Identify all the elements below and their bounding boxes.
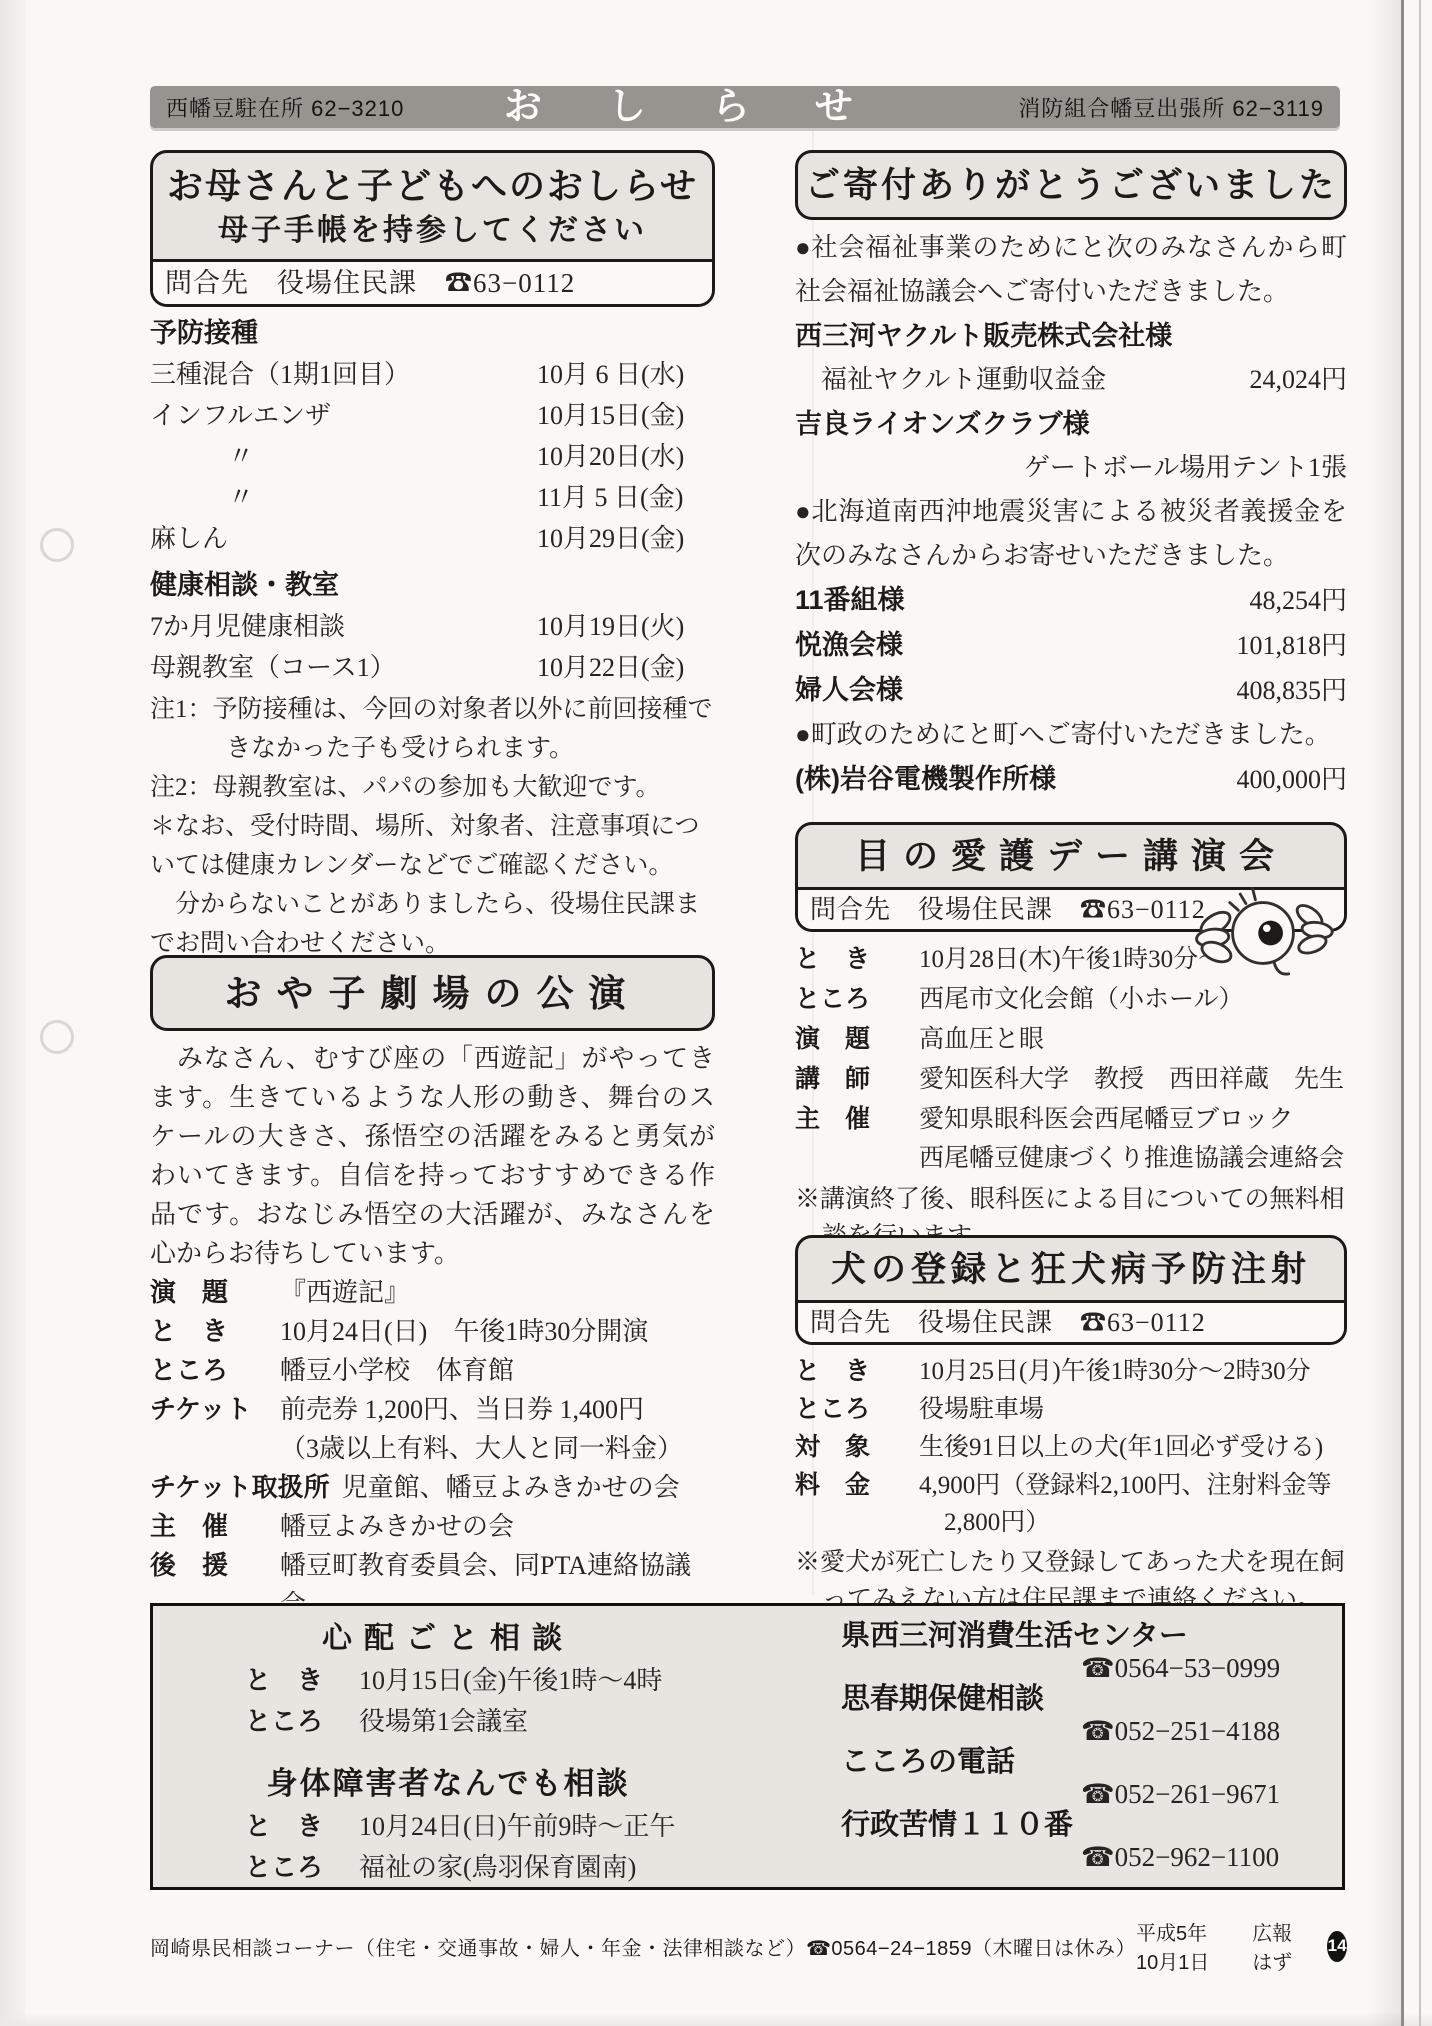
detail-row: ところ 役場第1会議室 — [183, 1701, 713, 1742]
contact-line: 問合先 役場住民課 ☎63−0112 — [153, 259, 712, 304]
phone-entry: 行政苦情１１０番 ☎052−962−1100 — [841, 1809, 1342, 1872]
detail-label: チケット — [150, 1390, 268, 1429]
donation-amount-row: (株)岩谷電機製作所様 400,000円 — [795, 757, 1347, 802]
schedule-name: 麻しん — [150, 518, 537, 559]
detail-label: と き — [795, 1353, 907, 1389]
consultation-box: 心配ごと相談 と き 10月15日(金)午後1時〜4時 ところ 役場第1会議室 … — [150, 1603, 1345, 1890]
punch-hole-mark — [40, 1020, 74, 1054]
eye-mascot-illustration — [1187, 876, 1339, 990]
consultation-box-right: 県西三河消費生活センター ☎0564−53−0999 思春期保健相談 ☎052−… — [713, 1606, 1342, 1887]
detail-row: 主 催 愛知県眼科医会西尾幡豆ブロック — [795, 1100, 1347, 1139]
detail-label: 後 援 — [150, 1546, 268, 1585]
donation-amount: 48,254円 — [1249, 579, 1347, 623]
donation-amount-row: 11番組様 48,254円 — [795, 578, 1347, 623]
schedule-name: 〃 — [150, 436, 537, 477]
donation-item: 福祉ヤクルト運動収益金 — [795, 358, 1106, 402]
detail-label: 主 催 — [150, 1507, 268, 1546]
section-donations: ご寄付ありがとうございました ●社会福祉事業のためにと次のみなさんから町社会福祉… — [795, 150, 1347, 802]
detail-value: 幡豆よみきかせの会 — [280, 1507, 715, 1546]
donor-name: (株)岩谷電機製作所様 — [795, 757, 1056, 801]
punch-hole-mark — [40, 528, 74, 562]
detail-label: ところ — [245, 1701, 349, 1741]
section-title: 目の愛護デー講演会 — [802, 834, 1340, 880]
detail-row: 講 師 愛知医科大学 教授 西田祥蔵 先生 — [795, 1060, 1347, 1099]
schedule-row: 母親教室（コース1） 10月22日(金) — [150, 647, 715, 688]
scan-edge-bottom — [0, 2012, 1432, 2026]
schedule-row: インフルエンザ 10月15日(金) — [150, 395, 715, 436]
phone-entry-name: 思春期保健相談 — [841, 1683, 1342, 1716]
detail-row: 対 象 生後91日以上の犬(年1回必ず受ける) — [795, 1429, 1347, 1466]
page-footer: 岡崎県民相談コーナー（住宅・交通事故・婦人・年金・法律相談など）☎0564−24… — [150, 1917, 1347, 1975]
donor-name: 婦人会様 — [795, 668, 903, 712]
phone-entry: 県西三河消費生活センター ☎0564−53−0999 — [841, 1620, 1342, 1683]
detail-label: と き — [150, 1312, 268, 1351]
theater-details: 演 題 『西遊記』 と き 10月24日(日) 午後1時30分開演 ところ 幡豆… — [150, 1273, 715, 1624]
note-line: 分からないことがありましたら、役場住民課までお問い合わせください。 — [150, 885, 715, 963]
binding-edge-line — [1401, 0, 1404, 2026]
donation-bullet: ●北海道南西沖地震災害による被災者義援金を次のみなさんからお寄せいただきました。 — [795, 490, 1347, 578]
phone-entry-number: ☎052−962−1100 — [841, 1842, 1342, 1872]
detail-row: 主 催 幡豆よみきかせの会 — [150, 1507, 715, 1546]
dog-title-box: 犬の登録と狂犬病予防注射 問合先 役場住民課 ☎63−0112 — [795, 1235, 1347, 1345]
note-line: 注2：母親教室は、パパの参加も大歓迎です。 — [150, 768, 715, 807]
detail-value: 10月15日(金)午後1時〜4時 — [359, 1661, 713, 1701]
detail-row: と き 10月25日(月)午後1時30分〜2時30分 — [795, 1353, 1347, 1390]
section-dog-registration: 犬の登録と狂犬病予防注射 問合先 役場住民課 ☎63−0112 と き 10月2… — [795, 1235, 1347, 1618]
donor-name: 吉良ライオンズクラブ様 — [795, 402, 1347, 446]
donation-amount: 24,024円 — [1249, 358, 1347, 402]
scan-edge-left — [0, 0, 26, 2026]
detail-label: ところ — [795, 980, 907, 1018]
donation-amount-row: 悦漁会様 101,818円 — [795, 623, 1347, 668]
schedule-date: 10月15日(金) — [537, 395, 715, 436]
schedule-name: 母親教室（コース1） — [150, 647, 537, 688]
detail-row: ところ 幡豆小学校 体育館 — [150, 1351, 715, 1390]
donation-amount: 101,818円 — [1236, 624, 1347, 668]
detail-value: 生後91日以上の犬(年1回必ず受ける) — [919, 1430, 1347, 1466]
detail-label: ところ — [245, 1847, 349, 1887]
newsletter-page: 西幡豆駐在所 62−3210 おしらせ 消防組合幡豆出張所 62−3119 お母… — [0, 0, 1432, 2026]
donation-amount: 400,000円 — [1236, 758, 1347, 802]
detail-value: 児童館、幡豆よみきかせの会 — [342, 1468, 715, 1507]
contact-line: 問合先 役場住民課 ☎63−0112 — [798, 1300, 1344, 1342]
theater-body-text: みなさん、むすび座の「西遊記」がやってきます。生きているような人形の動き、舞台の… — [150, 1039, 715, 1273]
section-title: お母さんと子どもへのおしらせ — [157, 162, 708, 210]
schedule-name: 7か月児健康相談 — [150, 606, 537, 647]
detail-label: 料 金 — [795, 1467, 907, 1503]
detail-value: 『西遊記』 — [280, 1273, 715, 1312]
schedule-name: 三種混合（1期1回目） — [150, 354, 537, 395]
phone-entry-name: 県西三河消費生活センター — [841, 1620, 1342, 1653]
detail-value: 4,900円（登録料2,100円、注射料金等 — [919, 1468, 1347, 1504]
schedule-row: 〃 11月 5 日(金) — [150, 477, 715, 518]
detail-label: と き — [245, 1660, 349, 1700]
consultation-box-left: 心配ごと相談 と き 10月15日(金)午後1時〜4時 ところ 役場第1会議室 … — [153, 1606, 713, 1887]
detail-label: と き — [795, 940, 907, 978]
donor-name: 西三河ヤクルト販売株式会社様 — [795, 314, 1347, 358]
section-title: 犬の登録と狂犬病予防注射 — [802, 1247, 1340, 1293]
detail-label: 対 象 — [795, 1429, 907, 1465]
schedule-row: 〃 10月20日(水) — [150, 436, 715, 477]
phone-entry-name: こころの電話 — [841, 1746, 1342, 1779]
detail-value: 役場駐車場 — [919, 1392, 1347, 1428]
dog-details: と き 10月25日(月)午後1時30分〜2時30分 ところ 役場駐車場 対 象… — [795, 1353, 1347, 1541]
detail-label: 主 催 — [795, 1100, 907, 1138]
vaccination-header: 予防接種 — [150, 312, 715, 354]
donation-bullet: ●社会福祉事業のためにと次のみなさんから町社会福祉協議会へご寄付いただきました。 — [795, 226, 1347, 314]
header-right-office: 消防組合幡豆出張所 62−3119 — [1018, 92, 1324, 123]
detail-row: ところ 福祉の家(鳥羽保育園南) — [183, 1847, 713, 1888]
donations-body: ●社会福祉事業のためにと次のみなさんから町社会福祉協議会へご寄付いただきました。… — [795, 226, 1347, 802]
phone-entry-number: ☎052−251−4188 — [841, 1716, 1342, 1746]
detail-row: （3歳以上有料、大人と同一料金） — [150, 1429, 715, 1468]
phone-entry: 思春期保健相談 ☎052−251−4188 — [841, 1683, 1342, 1746]
donation-amount-row: 婦人会様 408,835円 — [795, 668, 1347, 713]
phone-entry-name: 行政苦情１１０番 — [841, 1809, 1342, 1842]
detail-label: 講 師 — [795, 1060, 907, 1098]
donation-amount: 408,835円 — [1236, 669, 1347, 713]
schedule-date: 10月29日(金) — [537, 518, 715, 559]
section-title: ご寄付ありがとうございました — [802, 162, 1340, 210]
detail-label: ところ — [150, 1351, 268, 1390]
note-line: 注1：予防接種は、今回の対象者以外に前回接種できなかった子も受けられます。 — [150, 690, 715, 768]
schedule-row: 三種混合（1期1回目） 10月 6 日(水) — [150, 354, 715, 395]
section-title: おや子劇場の公演 — [157, 969, 708, 1019]
binding-shade — [1368, 0, 1401, 2026]
page-number-badge: 14 — [1327, 1931, 1347, 1962]
donor-name: 11番組様 — [795, 578, 905, 622]
footer-date: 平成5年10月1日 — [1136, 1917, 1228, 1975]
header-left-office: 西幡豆駐在所 62−3210 — [166, 92, 404, 123]
section-subtitle: 母子手帳を持参してください — [157, 210, 708, 252]
detail-row: チケット取扱所 児童館、幡豆よみきかせの会 — [150, 1468, 715, 1507]
schedule-row: 7か月児健康相談 10月19日(火) — [150, 606, 715, 647]
donor-name: 悦漁会様 — [795, 623, 903, 667]
schedule-date: 10月19日(火) — [537, 606, 715, 647]
schedule-row: 麻しん 10月29日(金) — [150, 518, 715, 559]
vaccination-schedule: 三種混合（1期1回目） 10月 6 日(水) インフルエンザ 10月15日(金)… — [150, 354, 715, 559]
theater-title-box: おや子劇場の公演 — [150, 955, 715, 1031]
detail-row: 料 金 4,900円（登録料2,100円、注射料金等 — [795, 1467, 1347, 1504]
detail-label: チケット取扱所 — [150, 1468, 330, 1507]
detail-value: 西尾幡豆健康づくり推進協議会連絡会 — [919, 1140, 1347, 1178]
detail-value: （3歳以上有料、大人と同一料金） — [280, 1429, 715, 1468]
detail-label: と き — [245, 1806, 349, 1846]
detail-value: 10月24日(日) 午後1時30分開演 — [280, 1312, 715, 1351]
detail-row: と き 10月24日(日) 午後1時30分開演 — [150, 1312, 715, 1351]
donation-bullet: ●町政のためにと町へご寄付いただきました。 — [795, 713, 1347, 757]
detail-value: 前売券 1,200円、当日券 1,400円 — [280, 1390, 715, 1429]
section-maternal-notice: お母さんと子どもへのおしらせ 母子手帳を持参してください 問合先 役場住民課 ☎… — [150, 150, 715, 963]
section-theater: おや子劇場の公演 みなさん、むすび座の「西遊記」がやってきます。生きているような… — [150, 955, 715, 1624]
donation-amount-row: 福祉ヤクルト運動収益金 24,024円 — [795, 358, 1347, 402]
detail-value: 10月25日(月)午後1時30分〜2時30分 — [919, 1354, 1347, 1390]
phone-entry-number: ☎0564−53−0999 — [841, 1653, 1342, 1683]
schedule-name: 〃 — [150, 477, 537, 518]
header-bar: 西幡豆駐在所 62−3210 おしらせ 消防組合幡豆出張所 62−3119 — [150, 86, 1340, 128]
detail-value: 役場第1会議室 — [359, 1702, 713, 1742]
detail-row: ところ 役場駐車場 — [795, 1391, 1347, 1428]
theater-title-area: おや子劇場の公演 — [153, 958, 712, 1028]
detail-label: ところ — [795, 1391, 907, 1427]
donations-title-box: ご寄付ありがとうございました — [795, 150, 1347, 220]
detail-value: 2,800円） — [919, 1505, 1347, 1541]
page-title: おしらせ — [504, 87, 919, 127]
detail-value: 幡豆小学校 体育館 — [280, 1351, 715, 1390]
note-line: ＊なお、受付時間、場所、対象者、注意事項については健康カレンダーなどでご確認くだ… — [150, 807, 715, 885]
donations-title-area: ご寄付ありがとうございました — [798, 153, 1344, 217]
detail-row: 演 題 高血圧と眼 — [795, 1020, 1347, 1059]
schedule-date: 11月 5 日(金) — [537, 477, 715, 518]
detail-label: 演 題 — [150, 1273, 268, 1312]
phone-entry-number: ☎052−261−9671 — [841, 1779, 1342, 1809]
detail-row: と き 10月15日(金)午後1時〜4時 — [183, 1660, 713, 1701]
schedule-date: 10月22日(金) — [537, 647, 715, 688]
detail-value: 愛知県眼科医会西尾幡豆ブロック — [919, 1101, 1347, 1139]
binding-edge-line — [1419, 0, 1421, 2026]
maternal-title-area: お母さんと子どもへのおしらせ 母子手帳を持参してください — [153, 153, 712, 259]
maternal-title-box: お母さんと子どもへのおしらせ 母子手帳を持参してください 問合先 役場住民課 ☎… — [150, 150, 715, 307]
detail-row: 西尾幡豆健康づくり推進協議会連絡会 — [795, 1140, 1347, 1178]
maternal-notes: 注1：予防接種は、今回の対象者以外に前回接種できなかった子も受けられます。 注2… — [150, 690, 715, 963]
detail-row: と き 10月24日(日)午前9時〜正午 — [183, 1806, 713, 1847]
footer-right-group: 平成5年10月1日 広報はず 14 — [1136, 1917, 1347, 1975]
health-consult-header: 健康相談・教室 — [150, 564, 715, 606]
footer-consult-info: 岡崎県民相談コーナー（住宅・交通事故・婦人・年金・法律相談など）☎0564−24… — [150, 1932, 1136, 1961]
schedule-name: インフルエンザ — [150, 395, 537, 436]
dog-title-area: 犬の登録と狂犬病予防注射 — [798, 1238, 1344, 1300]
detail-value: 愛知医科大学 教授 西田祥蔵 先生 — [919, 1061, 1347, 1099]
consultation-title: 身体障害者なんでも相談 — [183, 1762, 713, 1806]
detail-value: 福祉の家(鳥羽保育園南) — [359, 1848, 713, 1888]
detail-row: 演 題 『西遊記』 — [150, 1273, 715, 1312]
detail-label: 演 題 — [795, 1020, 907, 1058]
detail-value: 10月24日(日)午前9時〜正午 — [359, 1807, 713, 1847]
schedule-date: 10月 6 日(水) — [537, 354, 715, 395]
footer-publication: 広報はず — [1252, 1917, 1303, 1975]
detail-row: チケット 前売券 1,200円、当日券 1,400円 — [150, 1390, 715, 1429]
detail-value: 高血圧と眼 — [919, 1021, 1347, 1059]
health-schedule: 7か月児健康相談 10月19日(火) 母親教室（コース1） 10月22日(金) — [150, 606, 715, 688]
schedule-date: 10月20日(水) — [537, 436, 715, 477]
phone-entry: こころの電話 ☎052−261−9671 — [841, 1746, 1342, 1809]
detail-row: 2,800円） — [795, 1505, 1347, 1541]
consultation-title: 心配ごと相談 — [183, 1618, 713, 1660]
donation-item: ゲートボール場用テント1張 — [795, 446, 1347, 490]
